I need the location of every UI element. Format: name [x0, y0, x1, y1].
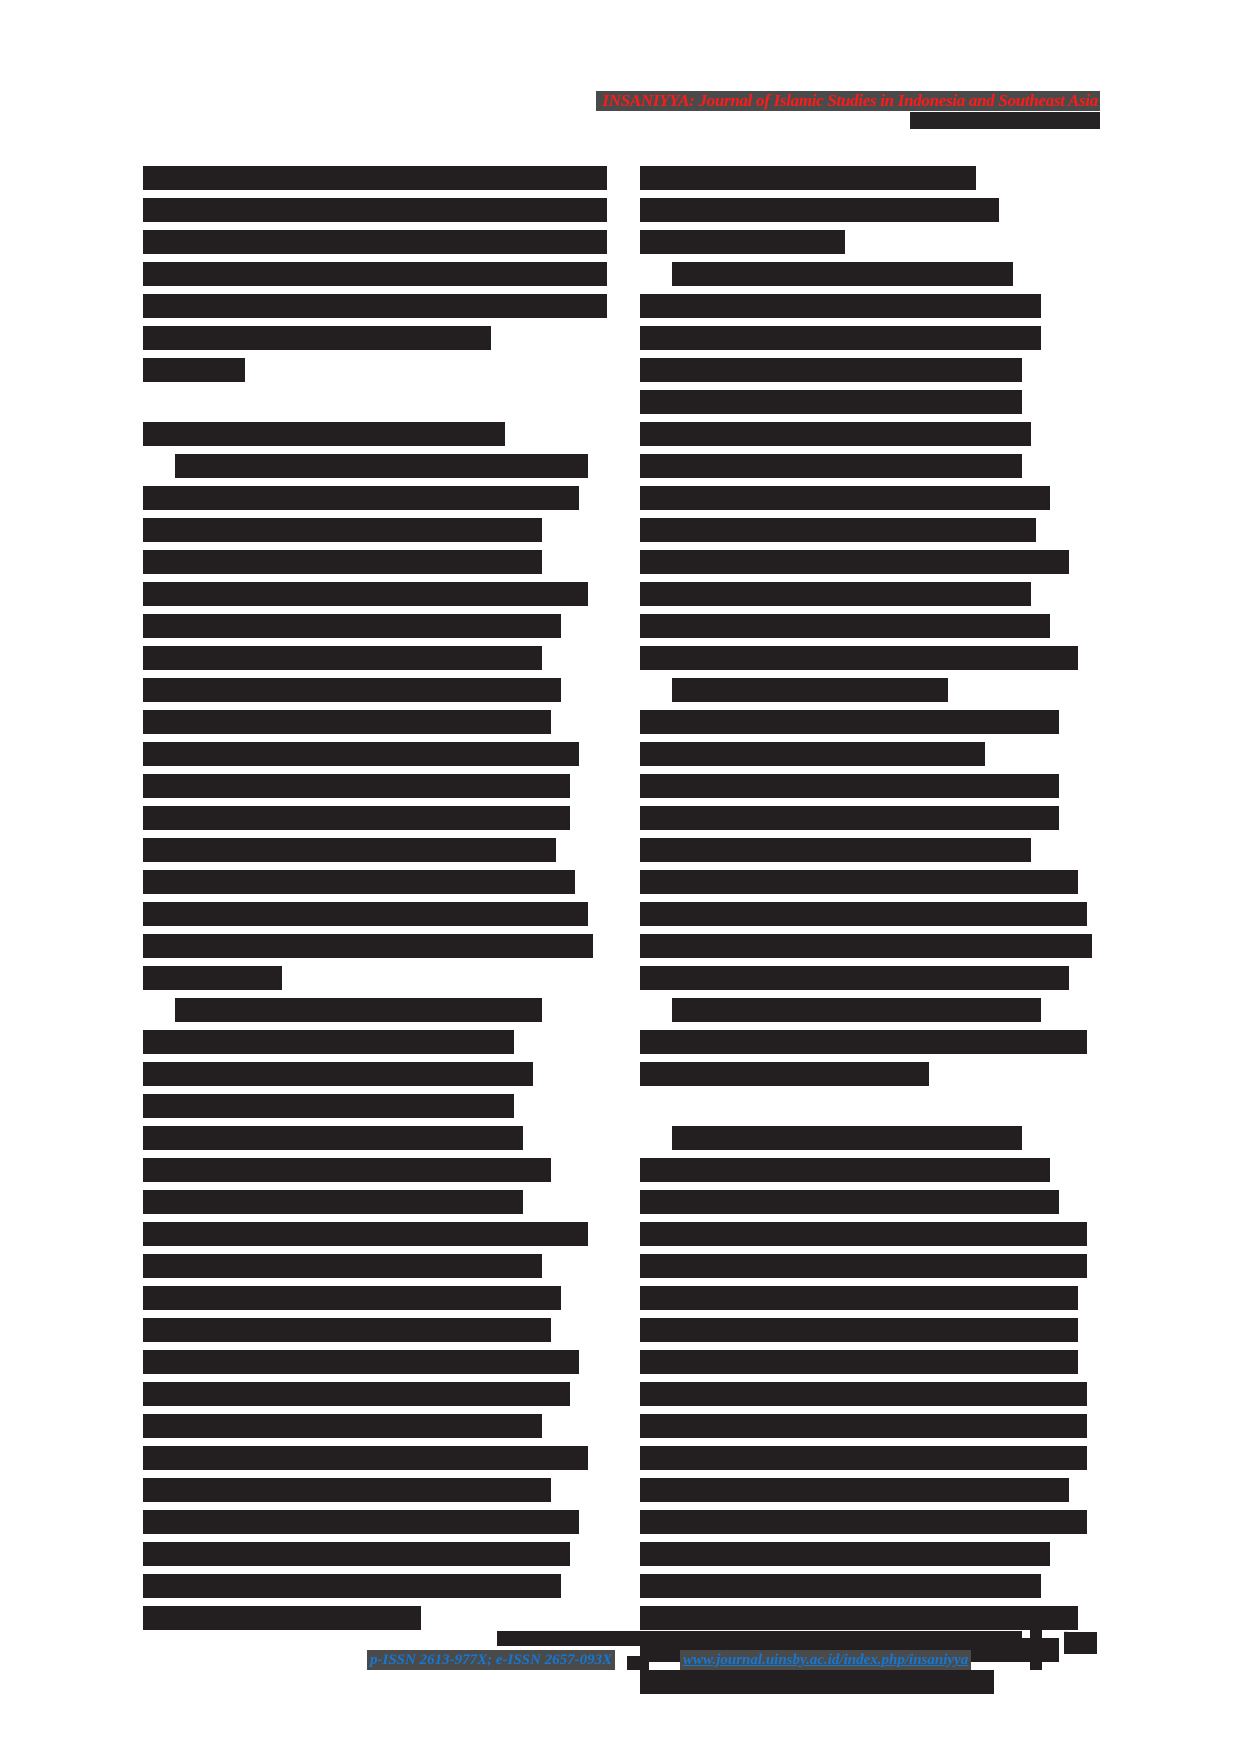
text-line — [143, 1318, 551, 1342]
text-line — [640, 902, 1087, 926]
text-line — [143, 742, 579, 766]
text-line — [640, 742, 985, 766]
text-line — [640, 230, 845, 254]
text-line — [640, 806, 1059, 830]
footer-separator — [627, 1656, 649, 1670]
text-line — [640, 838, 1031, 862]
text-line — [143, 582, 588, 606]
paragraph-gap — [143, 390, 607, 414]
text-line — [640, 550, 1069, 574]
text-line — [640, 934, 1092, 958]
text-line — [640, 582, 1031, 606]
text-line — [143, 646, 542, 670]
text-line — [143, 1254, 542, 1278]
text-line — [143, 1446, 588, 1470]
text-line — [640, 294, 1041, 318]
text-line — [143, 1126, 523, 1150]
body-column-right — [640, 166, 1106, 1702]
text-line — [143, 966, 282, 990]
running-header-journal-title: INSANIYYA: Journal of Islamic Studies in… — [596, 91, 1100, 111]
text-line — [640, 1382, 1087, 1406]
footer-divider-bar — [1030, 1624, 1042, 1670]
text-line — [143, 1350, 579, 1374]
text-line — [672, 1126, 1022, 1150]
text-line — [143, 806, 570, 830]
text-line — [640, 518, 1036, 542]
text-line — [640, 1510, 1087, 1534]
text-line — [640, 1158, 1050, 1182]
text-line — [640, 1190, 1059, 1214]
text-line — [143, 294, 607, 318]
footer-journal-url-link[interactable]: www.journal.uinsby.ac.id/index.php/insan… — [680, 1650, 971, 1670]
text-line — [640, 1062, 929, 1086]
text-line — [143, 870, 575, 894]
text-line — [640, 774, 1059, 798]
text-line — [143, 422, 505, 446]
text-line — [640, 614, 1050, 638]
text-line — [640, 1222, 1087, 1246]
text-line — [143, 1094, 514, 1118]
text-line — [175, 998, 542, 1022]
text-line — [640, 646, 1078, 670]
text-line — [143, 902, 588, 926]
text-line — [640, 1446, 1087, 1470]
text-line — [640, 710, 1059, 734]
text-line — [143, 1574, 561, 1598]
text-line — [143, 1478, 551, 1502]
text-line — [143, 326, 491, 350]
text-line — [640, 870, 1078, 894]
text-line — [143, 486, 579, 510]
text-line — [143, 1158, 551, 1182]
text-line — [640, 358, 1022, 382]
text-line — [143, 1286, 561, 1310]
text-line — [640, 1606, 1078, 1630]
text-line — [640, 966, 1069, 990]
text-line — [143, 774, 570, 798]
paragraph-gap — [640, 1094, 1106, 1118]
text-line — [640, 1542, 1050, 1566]
text-line — [640, 198, 999, 222]
text-line — [143, 550, 542, 574]
text-line — [640, 1318, 1078, 1342]
text-line — [640, 454, 1022, 478]
text-line — [640, 1670, 994, 1694]
text-line — [640, 1254, 1087, 1278]
text-line — [175, 454, 588, 478]
text-line — [143, 1414, 542, 1438]
text-line — [672, 262, 1013, 286]
text-line — [640, 486, 1050, 510]
footer-rule — [497, 1631, 1022, 1646]
footer-issn: p-ISSN 2613-977X; e-ISSN 2657-093X — [367, 1650, 615, 1670]
text-line — [640, 1478, 1069, 1502]
text-line — [143, 518, 542, 542]
text-line — [640, 422, 1031, 446]
text-line — [143, 838, 556, 862]
text-line — [143, 1382, 570, 1406]
text-line — [143, 710, 551, 734]
text-line — [143, 1606, 421, 1630]
text-line — [640, 1286, 1078, 1310]
text-line — [143, 230, 607, 254]
text-line — [143, 614, 561, 638]
text-line — [640, 1030, 1087, 1054]
text-line — [143, 1222, 588, 1246]
text-line — [672, 678, 948, 702]
text-line — [143, 166, 607, 190]
text-line — [143, 1030, 514, 1054]
text-line — [640, 1414, 1087, 1438]
text-line — [143, 1062, 533, 1086]
text-line — [143, 198, 607, 222]
text-line — [640, 1350, 1078, 1374]
text-line — [640, 166, 976, 190]
text-line — [640, 390, 1022, 414]
text-line — [640, 1574, 1041, 1598]
text-line — [143, 1510, 579, 1534]
text-line — [143, 1542, 570, 1566]
running-header-volume-info — [910, 112, 1100, 129]
text-line — [143, 1190, 523, 1214]
text-line — [672, 998, 1041, 1022]
text-line — [143, 358, 245, 382]
text-line — [143, 934, 593, 958]
text-line — [143, 262, 607, 286]
text-line — [640, 326, 1041, 350]
page-number: [illegible] — [1064, 1632, 1097, 1654]
text-line — [143, 678, 561, 702]
body-column-left — [143, 166, 607, 1638]
